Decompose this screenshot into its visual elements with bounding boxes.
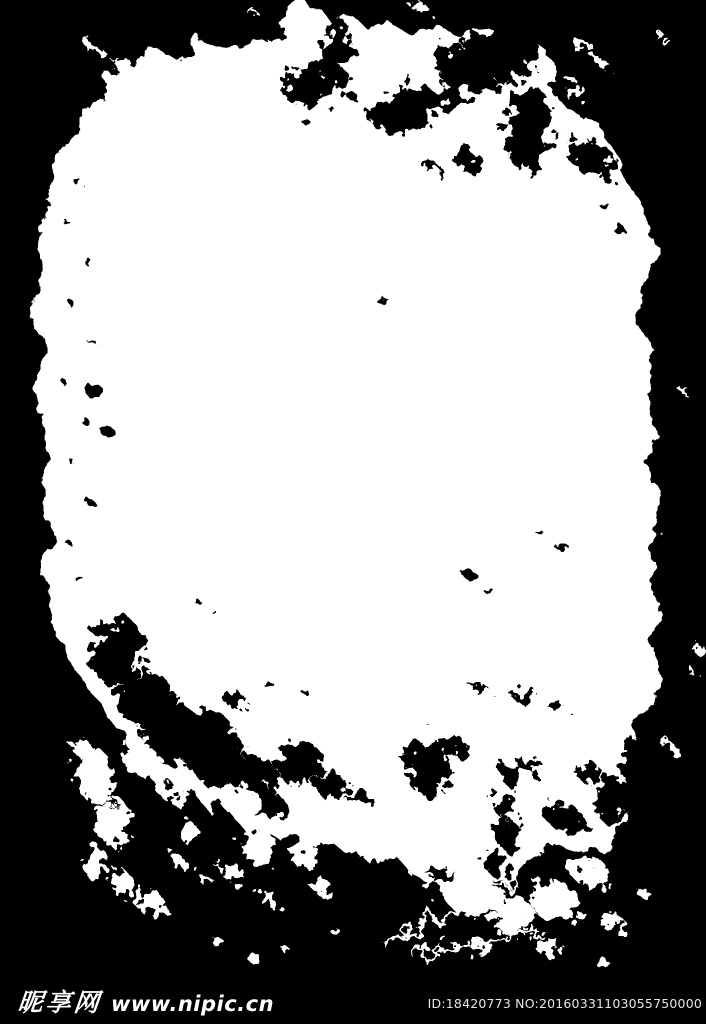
site-url-text: www.nipic.cn — [111, 992, 274, 1016]
watermark-bar: 昵享网 www.nipic.cn ID:18420773 NO:20160331… — [0, 980, 706, 1024]
site-name-text: 昵享网 — [16, 983, 104, 1019]
grunge-texture-image — [0, 0, 706, 1024]
site-logo: 昵享网 www.nipic.cn — [18, 983, 274, 1019]
texture-image-page: 昵享网 www.nipic.cn ID:18420773 NO:20160331… — [0, 0, 706, 1024]
image-id-text: ID:18420773 NO:20160331103055750000 — [428, 996, 702, 1011]
